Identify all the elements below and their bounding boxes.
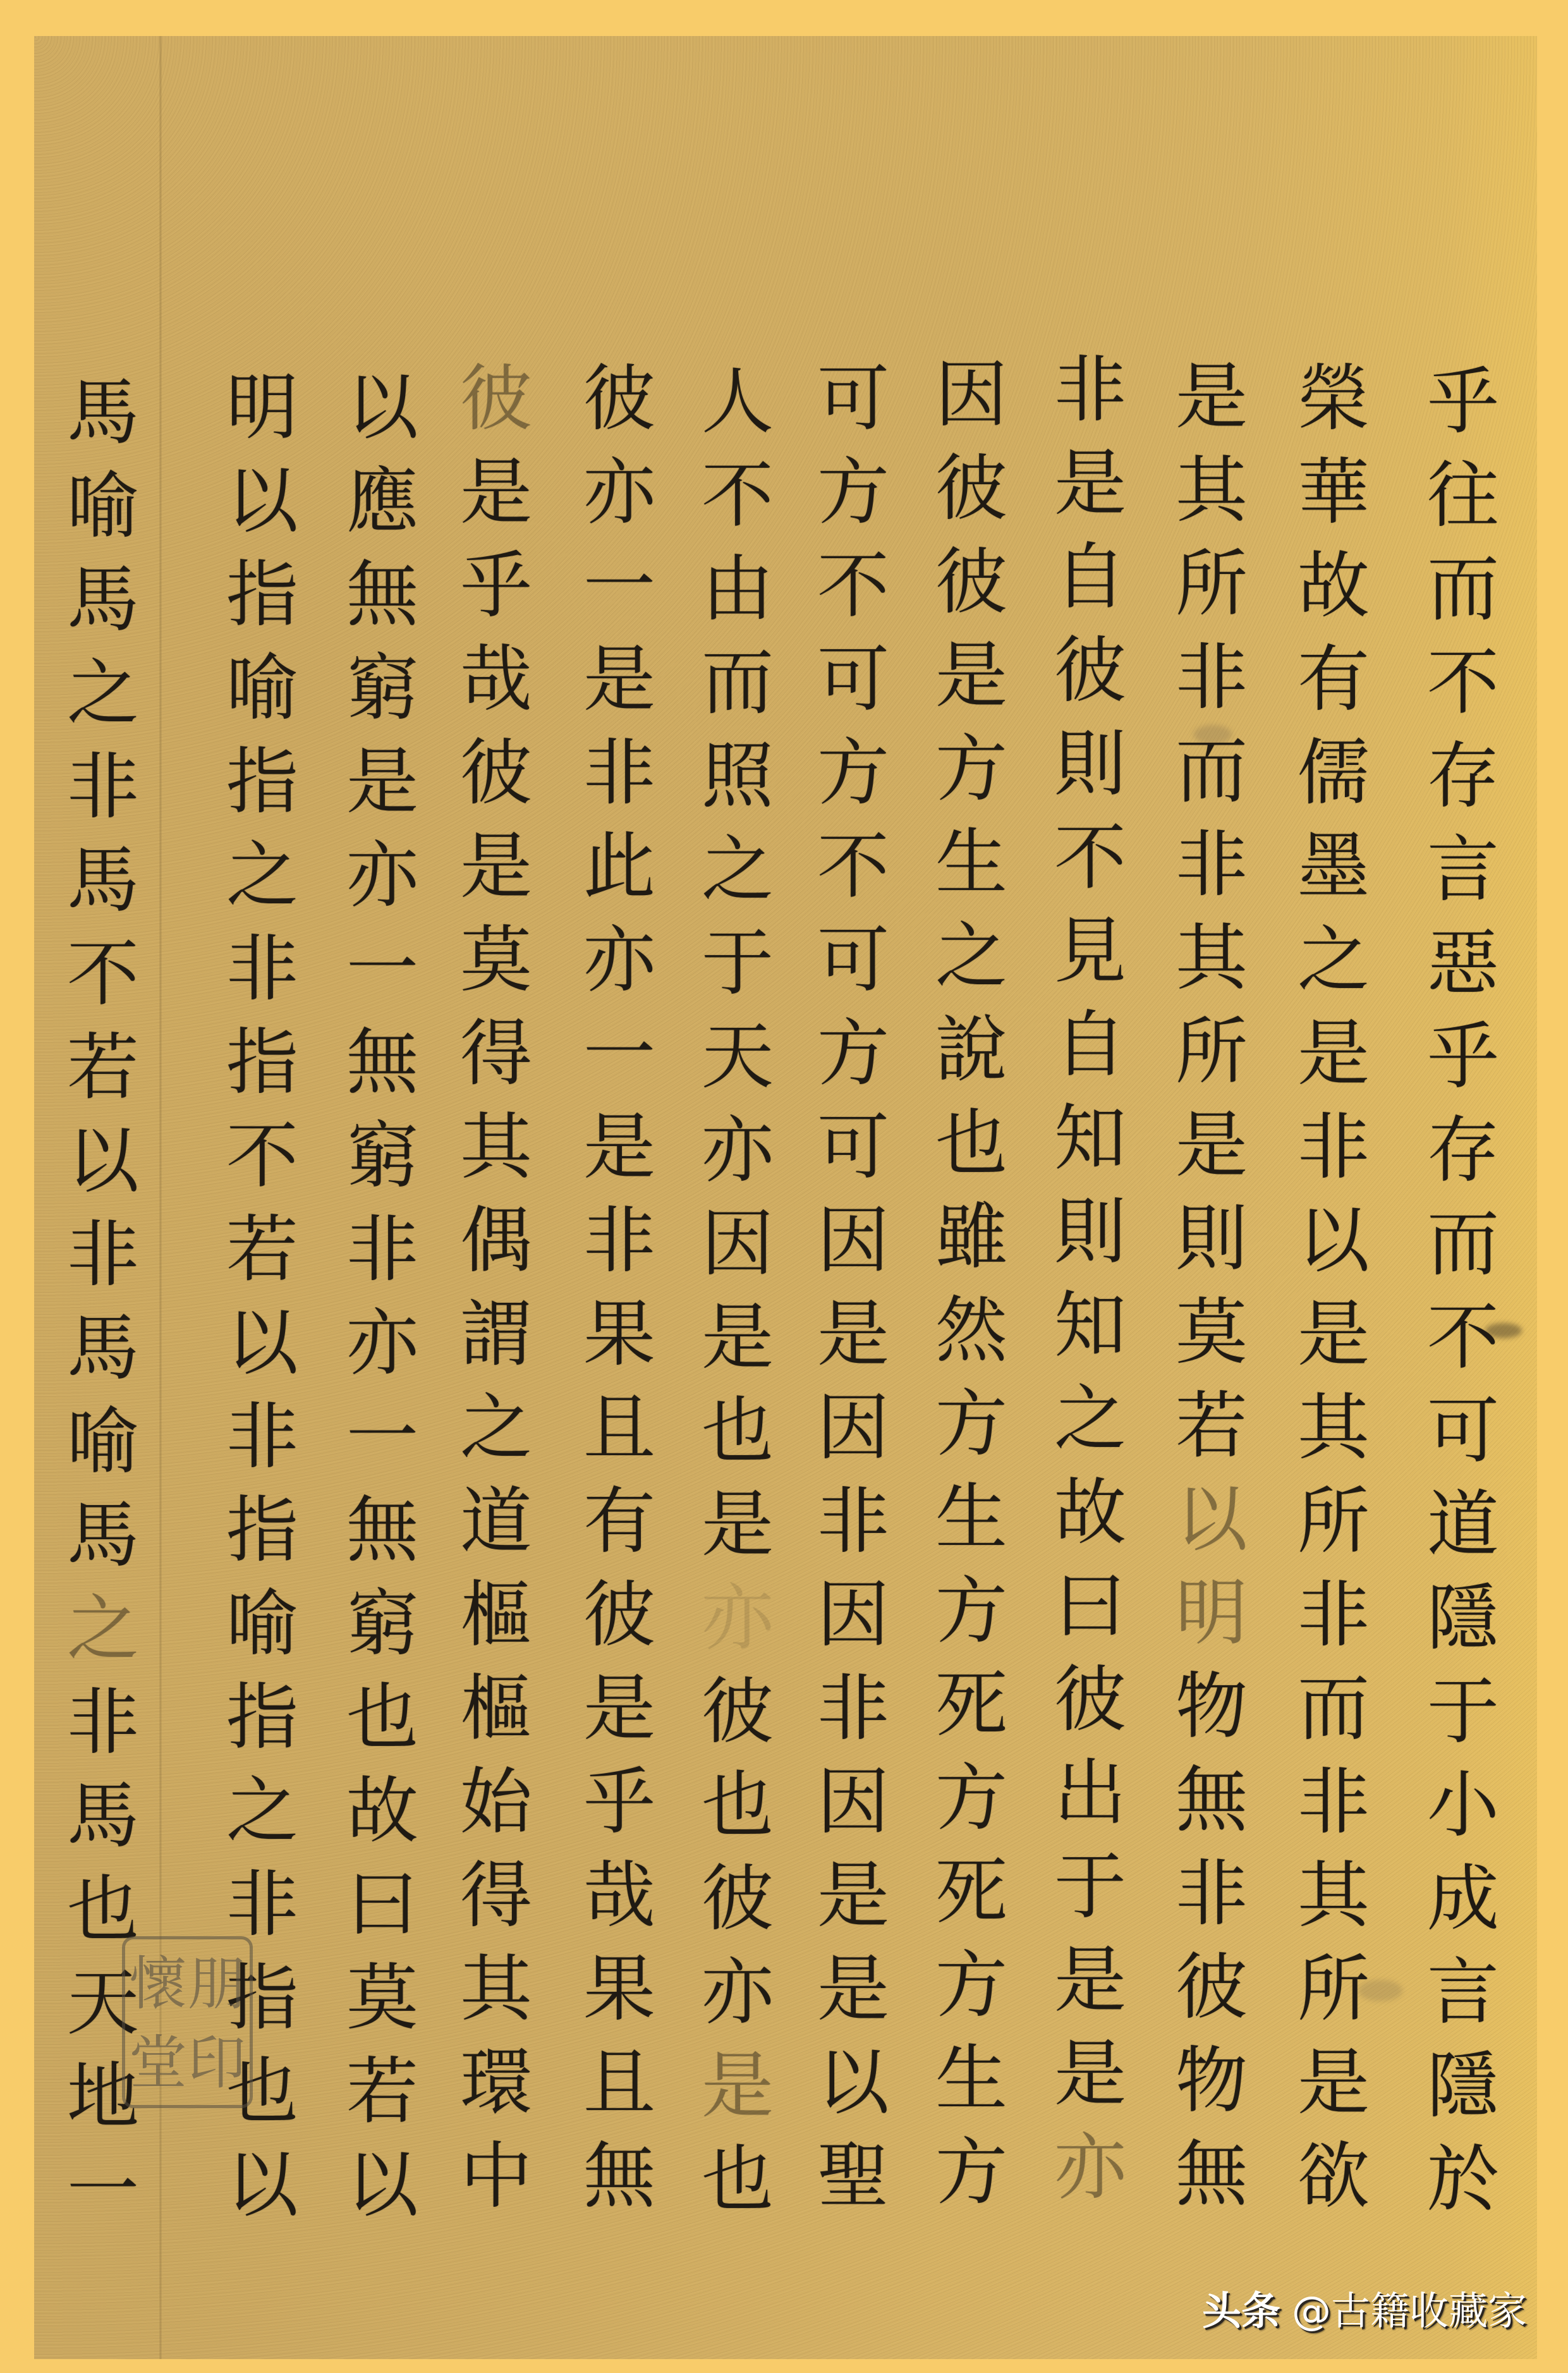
glyph: 馬	[67, 838, 139, 922]
glyph: 彼	[460, 357, 532, 441]
text-column-5: 因彼彼是方生之說也雖然方生方死方死方生方	[927, 348, 1016, 2219]
glyph: 則	[1176, 1197, 1248, 1281]
seal-right-column: 朋 印	[186, 1944, 247, 2102]
glyph: 以	[1176, 1477, 1248, 1561]
glyph: 于	[1054, 1845, 1126, 1929]
glyph: 其	[460, 1105, 532, 1189]
glyph: 是	[460, 824, 532, 908]
glyph: 出	[1054, 1751, 1126, 1835]
glyph: 是	[702, 2044, 774, 2128]
glyph: 物	[1176, 2039, 1248, 2123]
scan-page: 乎往而不存言惡乎存而不可道隱于小成言隱於 榮華故有儒墨之是非以是其所非而非其所是…	[0, 0, 1568, 2373]
glyph: 見	[1054, 909, 1126, 993]
glyph: 其	[460, 1947, 532, 2031]
text-column-6: 可方不可方不可方可因是因非因非因是是以聖	[809, 352, 897, 2223]
glyph: 是	[1054, 441, 1126, 525]
glyph: 明	[1176, 1571, 1248, 1655]
glyph: 中	[460, 2134, 532, 2218]
glyph: 知	[1054, 1096, 1126, 1180]
glyph: 偶	[460, 1199, 532, 1283]
glyph: 亦	[702, 1576, 774, 1660]
glyph: 故	[1054, 1470, 1126, 1554]
glyph: 莫	[1176, 1290, 1248, 1374]
glyph: 自	[1054, 1003, 1126, 1087]
glyph: 物	[1176, 1664, 1248, 1748]
glyph: 非	[1176, 1851, 1248, 1936]
seal-stamp: 朋 印 懷 堂	[122, 1936, 253, 2108]
glyph: 彼	[702, 1857, 774, 1941]
glyph: 也	[702, 2137, 774, 2221]
glyph: 得	[460, 1853, 532, 1937]
glyph: 馬	[67, 1774, 139, 1858]
glyph: 彼	[460, 731, 532, 815]
seal-glyph: 堂	[129, 2034, 187, 2092]
glyph: 馬	[67, 1306, 139, 1390]
glyph: 由	[702, 547, 774, 631]
glyph: 彼	[1054, 628, 1126, 712]
glyph: 樞	[460, 1666, 532, 1750]
glyph: 非	[1176, 635, 1248, 719]
glyph: 所	[1176, 1010, 1248, 1094]
seal-glyph: 懷	[129, 1955, 187, 2013]
glyph: 哉	[460, 637, 532, 721]
glyph: 不	[67, 932, 139, 1016]
glyph: 不	[1054, 815, 1126, 900]
glyph: 所	[1176, 542, 1248, 626]
glyph: 而	[702, 640, 774, 724]
glyph: 彼	[702, 1669, 774, 1754]
glyph: 之	[67, 651, 139, 735]
glyph: 其	[1176, 916, 1248, 1000]
glyph: 是	[702, 1482, 774, 1566]
glyph: 無	[1176, 2132, 1248, 2216]
glyph: 也	[702, 1763, 774, 1847]
glyph: 曰	[1054, 1564, 1126, 1648]
glyph: 莫	[460, 918, 532, 1002]
glyph: 是	[1054, 2032, 1126, 2116]
glyph: 喻	[67, 464, 139, 548]
text-column-7: 人不由而照之于天亦因是也是亦彼也彼亦是也	[693, 355, 782, 2226]
glyph: 彼	[1176, 1945, 1248, 2029]
glyph: 非	[1054, 348, 1126, 432]
watermark-platform: 头条	[1202, 2288, 1280, 2334]
glyph: 一	[67, 2148, 139, 2232]
glyph: 天	[702, 1015, 774, 1099]
glyph: 非	[67, 745, 139, 829]
glyph: 照	[702, 734, 774, 818]
glyph: 馬	[67, 370, 139, 454]
text-column-3: 是其所非而非其所是則莫若以明物無非彼物無	[1167, 350, 1256, 2221]
glyph: 非	[67, 1212, 139, 1296]
glyph: 非	[67, 1680, 139, 1764]
text-column-8: 彼亦一是非此亦一是非果且有彼是乎哉果且無	[575, 352, 664, 2223]
manuscript-paper: 乎往而不存言惡乎存而不可道隱于小成言隱於 榮華故有儒墨之是非以是其所非而非其所是…	[34, 36, 1537, 2359]
glyph: 而	[1176, 729, 1248, 813]
text-column-9: 彼是乎哉彼是莫得其偶謂之道樞樞始得其環中	[452, 352, 540, 2223]
glyph: 知	[1054, 1283, 1126, 1367]
glyph: 環	[460, 2041, 532, 2125]
glyph: 亦	[1054, 2125, 1126, 2209]
watermark: 头条@古籍收藏家	[1202, 2286, 1527, 2336]
glyph: 馬	[67, 1493, 139, 1577]
glyph: 是	[1176, 1103, 1248, 1187]
glyph: 不	[702, 453, 774, 537]
glyph: 馬	[67, 558, 139, 642]
glyph: 謂	[460, 1292, 532, 1376]
glyph: 非	[1176, 822, 1248, 906]
glyph: 自	[1054, 535, 1126, 619]
glyph: 則	[1054, 722, 1126, 806]
glyph: 是	[1176, 355, 1248, 439]
glyph: 也	[702, 1389, 774, 1473]
glyph: 是	[460, 450, 532, 534]
glyph: 乎	[460, 544, 532, 628]
glyph: 喻	[67, 1400, 139, 1484]
seal-glyph: 朋	[188, 1955, 246, 2013]
glyph: 以	[67, 1119, 139, 1203]
glyph: 樞	[460, 1573, 532, 1657]
glyph: 道	[460, 1479, 532, 1563]
glyph: 彼	[1054, 1657, 1126, 1742]
text-column-1: 乎往而不存言惡乎存而不可道隱于小成言隱於	[1419, 355, 1507, 2226]
glyph: 亦	[702, 1950, 774, 2034]
glyph: 若	[1176, 1384, 1248, 1468]
text-column-10: 以應無窮是亦一無窮非亦一無窮也故曰莫若以	[338, 361, 427, 2232]
text-column-4: 非是自彼則不見自知則知之故曰彼出于是是亦	[1046, 343, 1134, 2214]
glyph: 亦	[702, 1108, 774, 1192]
watermark-handle: @古籍收藏家	[1292, 2288, 1527, 2334]
glyph: 之	[1054, 1377, 1126, 1461]
glyph: 于	[702, 921, 774, 1005]
glyph: 因	[702, 1202, 774, 1286]
glyph: 始	[460, 1760, 532, 1844]
glyph: 是	[702, 1295, 774, 1379]
glyph: 人	[702, 360, 774, 444]
glyph: 無	[1176, 1758, 1248, 1842]
glyph: 是	[1054, 1938, 1126, 2022]
glyph: 之	[460, 1386, 532, 1470]
glyph: 得	[460, 1011, 532, 1095]
seal-left-column: 懷 堂	[128, 1944, 188, 2102]
glyph: 其	[1176, 448, 1248, 532]
seal-glyph: 印	[188, 2034, 246, 2092]
text-column-2: 榮華故有儒墨之是非以是其所非而非其所是欲	[1289, 352, 1378, 2223]
glyph: 若	[67, 1025, 139, 1109]
glyph: 之	[67, 1587, 139, 1671]
glyph: 則	[1054, 1190, 1126, 1274]
glyph: 之	[702, 827, 774, 912]
